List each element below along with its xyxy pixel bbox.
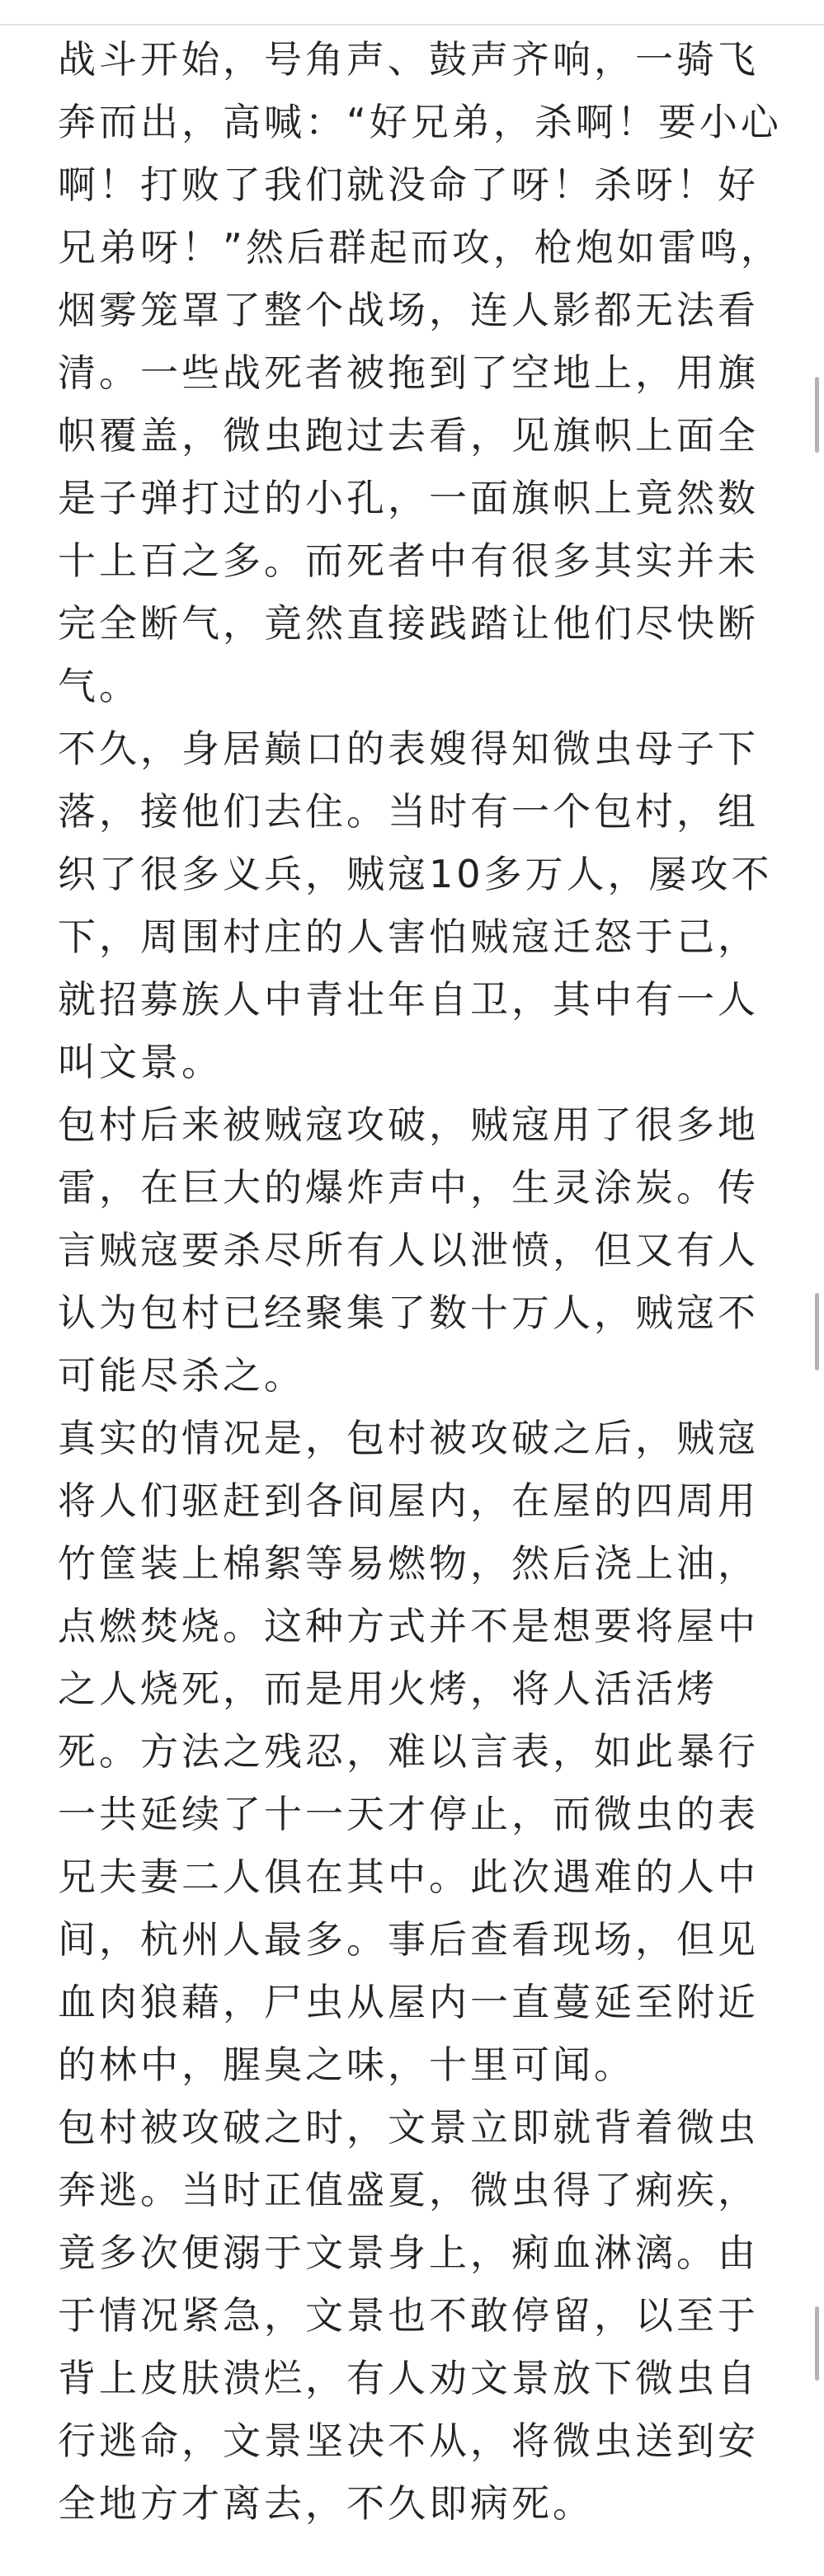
text-line: 完全断气，竟然直接践踏让他们尽快断 bbox=[58, 592, 775, 655]
text-line: 全地方才离去，不久即病死。 bbox=[58, 2472, 775, 2535]
text-line: 烟雾笼罩了整个战场，连人影都无法看 bbox=[58, 279, 775, 341]
text-line: 死。方法之残忍，难以言表，如此暴行 bbox=[58, 1720, 775, 1783]
text-line: 清。一些战死者被拖到了空地上，用旗 bbox=[58, 341, 775, 404]
paragraph-truth: 真实的情况是，包村被攻破之后，贼寇 将人们驱赶到各间屋内，在屋的四周用 竹筐装上… bbox=[58, 1407, 775, 2096]
text-line: 织了很多义兵，贼寇10多万人，屡攻不 bbox=[58, 843, 775, 905]
text-line: 竟多次便溺于文景身上，痢血淋漓。由 bbox=[58, 2221, 775, 2284]
text-line: 包村被攻破之时，文景立即就背着微虫 bbox=[58, 2096, 775, 2159]
text-line: 竹筐装上棉絮等易燃物，然后浇上油， bbox=[58, 1532, 775, 1595]
text-line: 战斗开始，号角声、鼓声齐响，一骑飞 bbox=[58, 28, 775, 91]
text-line: 点燃焚烧。这种方式并不是想要将屋中 bbox=[58, 1595, 775, 1657]
text-line: 落，接他们去住。当时有一个包村，组 bbox=[58, 780, 775, 843]
text-line: 间，杭州人最多。事后查看现场，但见 bbox=[58, 1908, 775, 1971]
text-line: 包村后来被贼寇攻破，贼寇用了很多地 bbox=[58, 1093, 775, 1156]
text-line: 奔而出，高喊：“好兄弟，杀啊！要小心 bbox=[58, 91, 775, 153]
text-line: 兄弟呀！”然后群起而攻，枪炮如雷鸣， bbox=[58, 216, 775, 279]
text-line: 的林中，腥臭之味，十里可闻。 bbox=[58, 2033, 775, 2096]
text-line: 真实的情况是，包村被攻破之后，贼寇 bbox=[58, 1407, 775, 1469]
text-line: 啊！打败了我们就没命了呀！杀呀！好 bbox=[58, 153, 775, 216]
text-line: 之人烧死，而是用火烤，将人活活烤 bbox=[58, 1657, 775, 1720]
top-bar bbox=[0, 0, 824, 26]
text-line: 雷，在巨大的爆炸声中，生灵涂炭。传 bbox=[58, 1156, 775, 1219]
paragraph-battle: 战斗开始，号角声、鼓声齐响，一骑飞 奔而出，高喊：“好兄弟，杀啊！要小心 啊！打… bbox=[58, 28, 775, 717]
scrollbar-thumb[interactable] bbox=[815, 377, 819, 453]
scrollbar-thumb[interactable] bbox=[815, 1293, 819, 1370]
paragraph-baocun-intro: 不久，身居巅口的表嫂得知微虫母子下 落，接他们去住。当时有一个包村，组 织了很多… bbox=[58, 717, 775, 1093]
text-line: 行逃命，文景坚决不从，将微虫送到安 bbox=[58, 2409, 775, 2472]
text-line: 下，周围村庄的人害怕贼寇迁怒于己， bbox=[58, 905, 775, 968]
text-line: 奔逃。当时正值盛夏，微虫得了痢疾， bbox=[58, 2159, 775, 2221]
text-line: 一共延续了十一天才停止，而微虫的表 bbox=[58, 1783, 775, 1845]
text-line: 就招募族人中青壮年自卫，其中有一人 bbox=[58, 968, 775, 1031]
article-body: 战斗开始，号角声、鼓声齐响，一骑飞 奔而出，高喊：“好兄弟，杀啊！要小心 啊！打… bbox=[58, 28, 775, 2535]
text-line: 认为包村已经聚集了数十万人，贼寇不 bbox=[58, 1281, 775, 1344]
text-line: 于情况紧急，文景也不敢停留，以至于 bbox=[58, 2284, 775, 2347]
paragraph-baocun-fall: 包村后来被贼寇攻破，贼寇用了很多地 雷，在巨大的爆炸声中，生灵涂炭。传 言贼寇要… bbox=[58, 1093, 775, 1407]
text-line: 帜覆盖，微虫跑过去看，见旗帜上面全 bbox=[58, 404, 775, 467]
text-line: 言贼寇要杀尽所有人以泄愤，但又有人 bbox=[58, 1219, 775, 1281]
text-line: 不久，身居巅口的表嫂得知微虫母子下 bbox=[58, 717, 775, 780]
text-line: 十上百之多。而死者中有很多其实并未 bbox=[58, 529, 775, 592]
text-line: 将人们驱赶到各间屋内，在屋的四周用 bbox=[58, 1469, 775, 1532]
text-line: 背上皮肤溃烂，有人劝文景放下微虫自 bbox=[58, 2347, 775, 2409]
text-line: 可能尽杀之。 bbox=[58, 1344, 775, 1407]
text-line: 血肉狼藉，尸虫从屋内一直蔓延至附近 bbox=[58, 1971, 775, 2033]
scrollbar-thumb[interactable] bbox=[815, 2306, 819, 2381]
text-line: 叫文景。 bbox=[58, 1031, 775, 1093]
text-line: 是子弹打过的小孔，一面旗帜上竟然数 bbox=[58, 467, 775, 529]
text-line: 气。 bbox=[58, 655, 775, 717]
paragraph-wenjing: 包村被攻破之时，文景立即就背着微虫 奔逃。当时正值盛夏，微虫得了痢疾， 竟多次便… bbox=[58, 2096, 775, 2535]
text-line: 兄夫妻二人俱在其中。此次遇难的人中 bbox=[58, 1845, 775, 1908]
